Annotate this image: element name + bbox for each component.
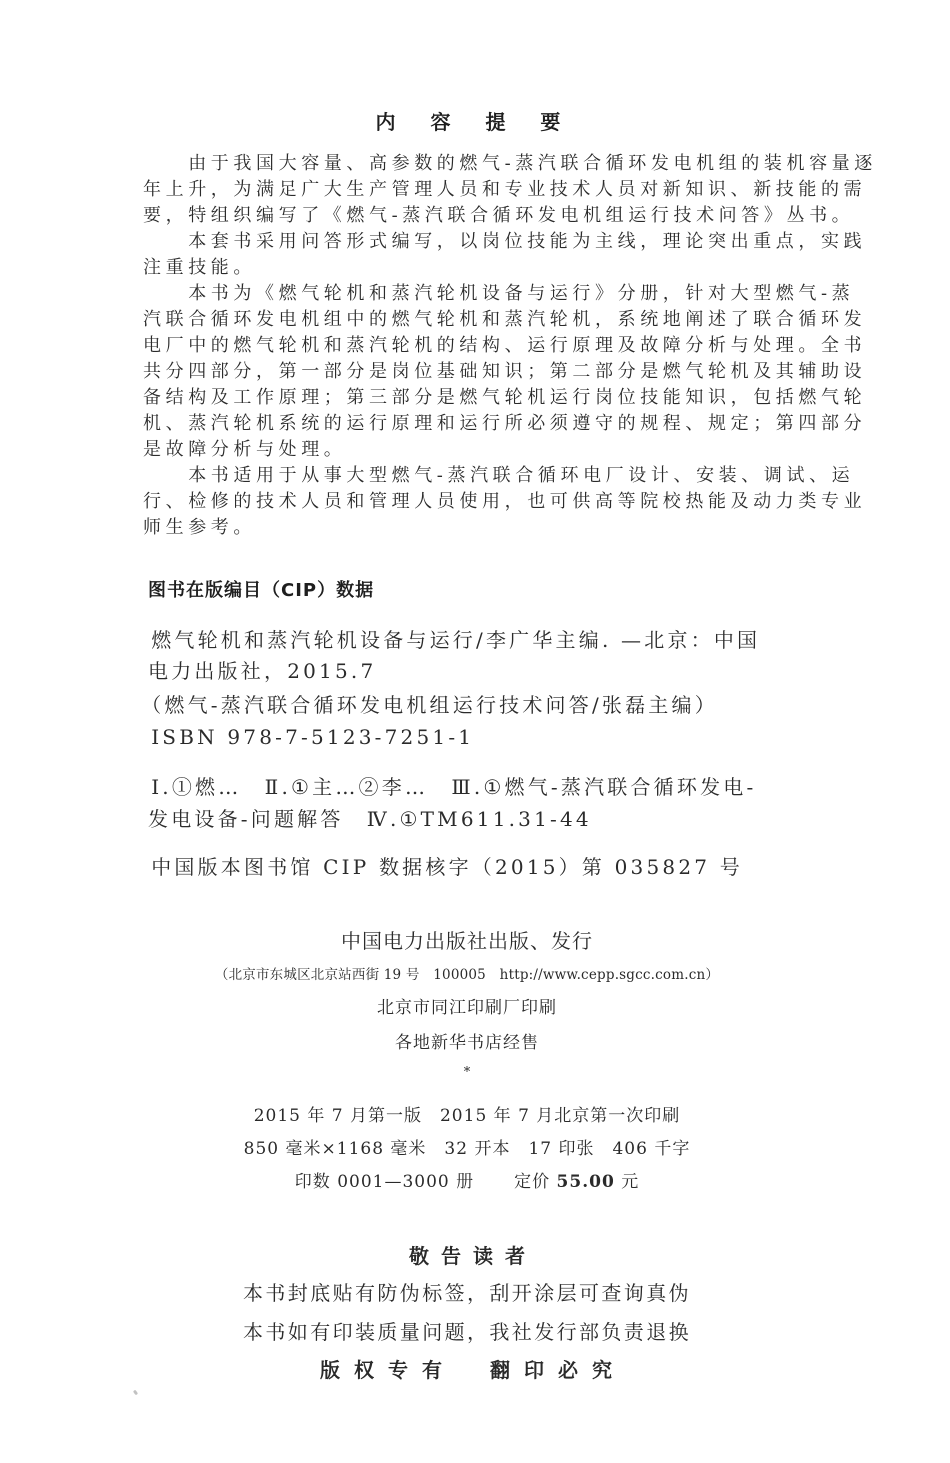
cip-record-number: 中国版本图书馆 CIP 数据核字（2015）第 035827 号: [128, 851, 743, 880]
summary-title: 内 容 提 要: [0, 106, 950, 135]
notice-heading: 敬告读者: [0, 1240, 948, 1269]
publisher-address: （北京市东城区北京站西街 19 号 100005 http://www.cepp…: [0, 963, 942, 983]
summary-line: 本书适用于从事大型燃气-蒸汽联合循环电厂设计、安装、调试、运: [143, 461, 854, 487]
scan-speck: [133, 1390, 138, 1396]
cip-isbn: ISBN 978-7-5123-7251-1: [128, 721, 474, 750]
price-unit: 元: [621, 1172, 639, 1192]
summary-line: 由于我国大容量、高参数的燃气-蒸汽联合循环发电机组的装机容量逐: [143, 149, 877, 175]
separator-asterisk: *: [0, 1065, 942, 1080]
cip-line: （燃气-蒸汽联合循环发电机组运行技术问答/张磊主编）: [128, 689, 718, 718]
printer: 北京市同江印刷厂印刷: [0, 993, 942, 1018]
price-value: 55.00: [557, 1172, 615, 1192]
notice-line-anticounterfeit: 本书封底贴有防伪标签，刮开涂层可查询真伪: [0, 1277, 942, 1306]
cip-heading: 图书在版编目（CIP）数据: [148, 576, 374, 602]
print-run-and-price: 印数 0001—3000 册定价 55.00 元: [0, 1167, 942, 1192]
publisher-name: 中国电力出版社出版、发行: [0, 925, 942, 954]
summary-line: 共分四部分，第一部分是岗位基础知识；第二部分是燃气轮机及其辅助设: [143, 357, 866, 383]
summary-line: 要，特组织编写了《燃气-蒸汽联合循环发电机组运行技术问答》丛书。: [143, 201, 854, 227]
format-info: 850 毫米×1168 毫米 32 开本 17 印张 406 千字: [0, 1134, 942, 1159]
summary-line: 师生参考。: [143, 513, 256, 539]
summary-line: 年上升，为满足广大生产管理人员和专业技术人员对新知识、新技能的需: [143, 175, 866, 201]
distributor: 各地新华书店经售: [0, 1028, 942, 1053]
summary-line: 是故障分析与处理。: [143, 435, 346, 461]
notice-line-returns: 本书如有印装质量问题，我社发行部负责退换: [0, 1316, 942, 1345]
print-run: 印数 0001—3000 册: [295, 1172, 474, 1192]
cip-line: 燃气轮机和蒸汽轮机设备与运行/李广华主编. —北京：中国: [128, 624, 760, 653]
cip-line: 电力出版社，2015.7: [148, 655, 376, 684]
copyright-notice: 版权专有 翻印必究: [0, 1354, 948, 1383]
summary-line: 汽联合循环发电机组中的燃气轮机和蒸汽轮机，系统地阐述了联合循环发: [143, 305, 866, 331]
summary-line: 本套书采用问答形式编写，以岗位技能为主线，理论突出重点，实践: [143, 227, 866, 253]
classification-line: Ⅰ.①燃… Ⅱ.①主…②李… Ⅲ.①燃气-蒸汽联合循环发电-: [128, 771, 756, 800]
summary-line: 备结构及工作原理；第三部分是燃气轮机运行岗位技能知识，包括燃气轮: [143, 383, 866, 409]
edition-info: 2015 年 7 月第一版 2015 年 7 月北京第一次印刷: [0, 1101, 942, 1126]
summary-line: 机、蒸汽轮机系统的运行原理和运行所必须遵守的规程、规定；第四部分: [143, 409, 866, 435]
summary-line: 行、检修的技术人员和管理人员使用，也可供高等院校热能及动力类专业: [143, 487, 866, 513]
summary-line: 本书为《燃气轮机和蒸汽轮机设备与运行》分册，针对大型燃气-蒸: [143, 279, 854, 305]
copyright-page: 内 容 提 要 由于我国大容量、高参数的燃气-蒸汽联合循环发电机组的装机容量逐 …: [0, 0, 950, 1463]
price-label: 定价: [514, 1172, 550, 1192]
summary-line: 注重技能。: [143, 253, 256, 279]
summary-line: 电厂中的燃气轮机和蒸汽轮机的结构、运行原理及故障分析与处理。全书: [143, 331, 866, 357]
classification-line: 发电设备-问题解答 Ⅳ.①TM611.31-44: [148, 803, 592, 832]
